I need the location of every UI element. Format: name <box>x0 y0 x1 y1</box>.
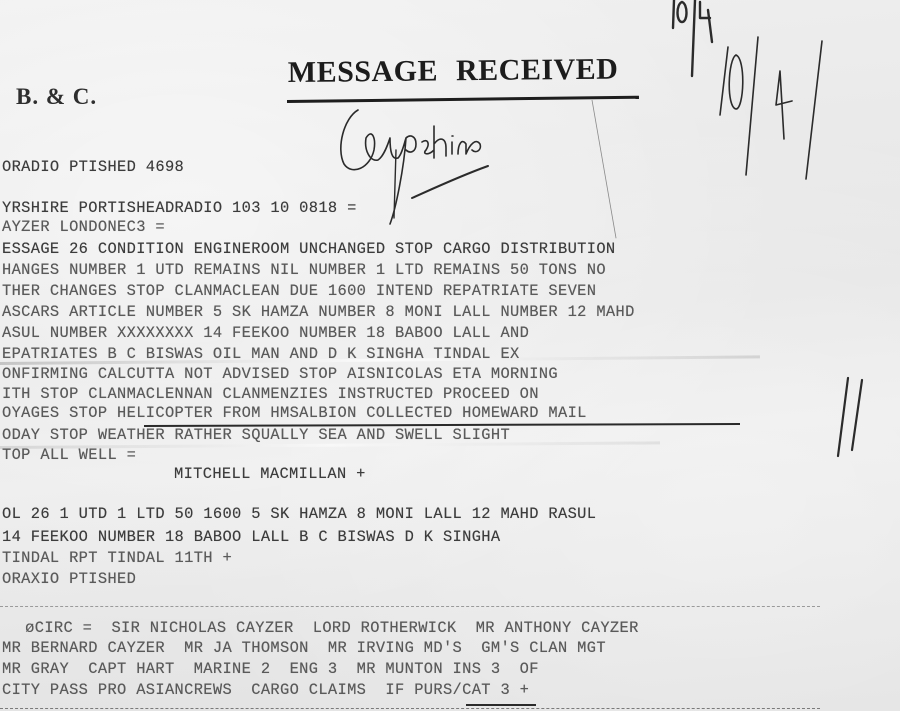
message-line: ITH STOP CLANMACLENNAN CLANMENZIES INSTR… <box>2 387 539 402</box>
document-title: MESSAGE RECEIVED <box>288 53 619 90</box>
message-line: EPATRIATES B C BISWAS OIL MAN AND D K SI… <box>2 347 520 362</box>
message-line: ODAY STOP WEATHER RATHER SQUALLY SEA AND… <box>2 428 510 443</box>
handwritten-date-10-4-second <box>710 35 840 185</box>
tear-line <box>0 606 820 608</box>
sender-signature: MITCHELL MACMILLAN + <box>174 467 366 482</box>
message-line: OYAGES STOP HELICOPTER FROM HMSALBION CO… <box>2 406 587 421</box>
handwritten-margin-mark <box>830 370 870 460</box>
circulation-line: øCIRC = SIR NICHOLAS CAYZER LORD ROTHERW… <box>6 621 639 636</box>
message-line: ONFIRMING CALCUTTA NOT ADVISED STOP AISN… <box>2 367 558 382</box>
collation-line: 14 FEEKOO NUMBER 18 BABOO LALL B C BISWA… <box>2 530 500 545</box>
circulation-line: CITY PASS PRO ASIANCREWS CARGO CLAIMS IF… <box>2 683 529 698</box>
header-line: AYZER LONDONEC3 = <box>2 220 165 235</box>
message-line: ESSAGE 26 CONDITION ENGINEROOM UNCHANGED… <box>2 242 616 257</box>
header-line: ORADIO PTISHED 4698 <box>2 160 184 175</box>
pencil-stroke <box>590 100 620 240</box>
message-line: ASUL NUMBER XXXXXXXX 14 FEEKOO NUMBER 18… <box>2 326 529 341</box>
message-line: TOP ALL WELL = <box>2 448 136 463</box>
handwritten-underline <box>466 704 536 706</box>
header-line: YRSHIRE PORTISHEADRADIO 103 10 0818 = <box>2 201 357 216</box>
message-line: THER CHANGES STOP CLANMACLEAN DUE 1600 I… <box>2 284 596 299</box>
letterhead-logo: B. & C. <box>16 84 97 110</box>
bottom-tear-line <box>0 708 820 710</box>
collation-line: ORAXIO PTISHED <box>2 572 136 587</box>
collation-line: TINDAL RPT TINDAL 11TH + <box>2 551 232 566</box>
message-line: ASCARS ARTICLE NUMBER 5 SK HAMZA NUMBER … <box>2 305 635 320</box>
message-line: HANGES NUMBER 1 UTD REMAINS NIL NUMBER 1… <box>2 263 606 278</box>
circulation-line: MR GRAY CAPT HART MARINE 2 ENG 3 MR MUNT… <box>2 662 539 677</box>
collation-line: OL 26 1 UTD 1 LTD 50 1600 5 SK HAMZA 8 M… <box>2 507 596 522</box>
circulation-line: MR BERNARD CAYZER MR JA THOMSON MR IRVIN… <box>2 641 606 656</box>
